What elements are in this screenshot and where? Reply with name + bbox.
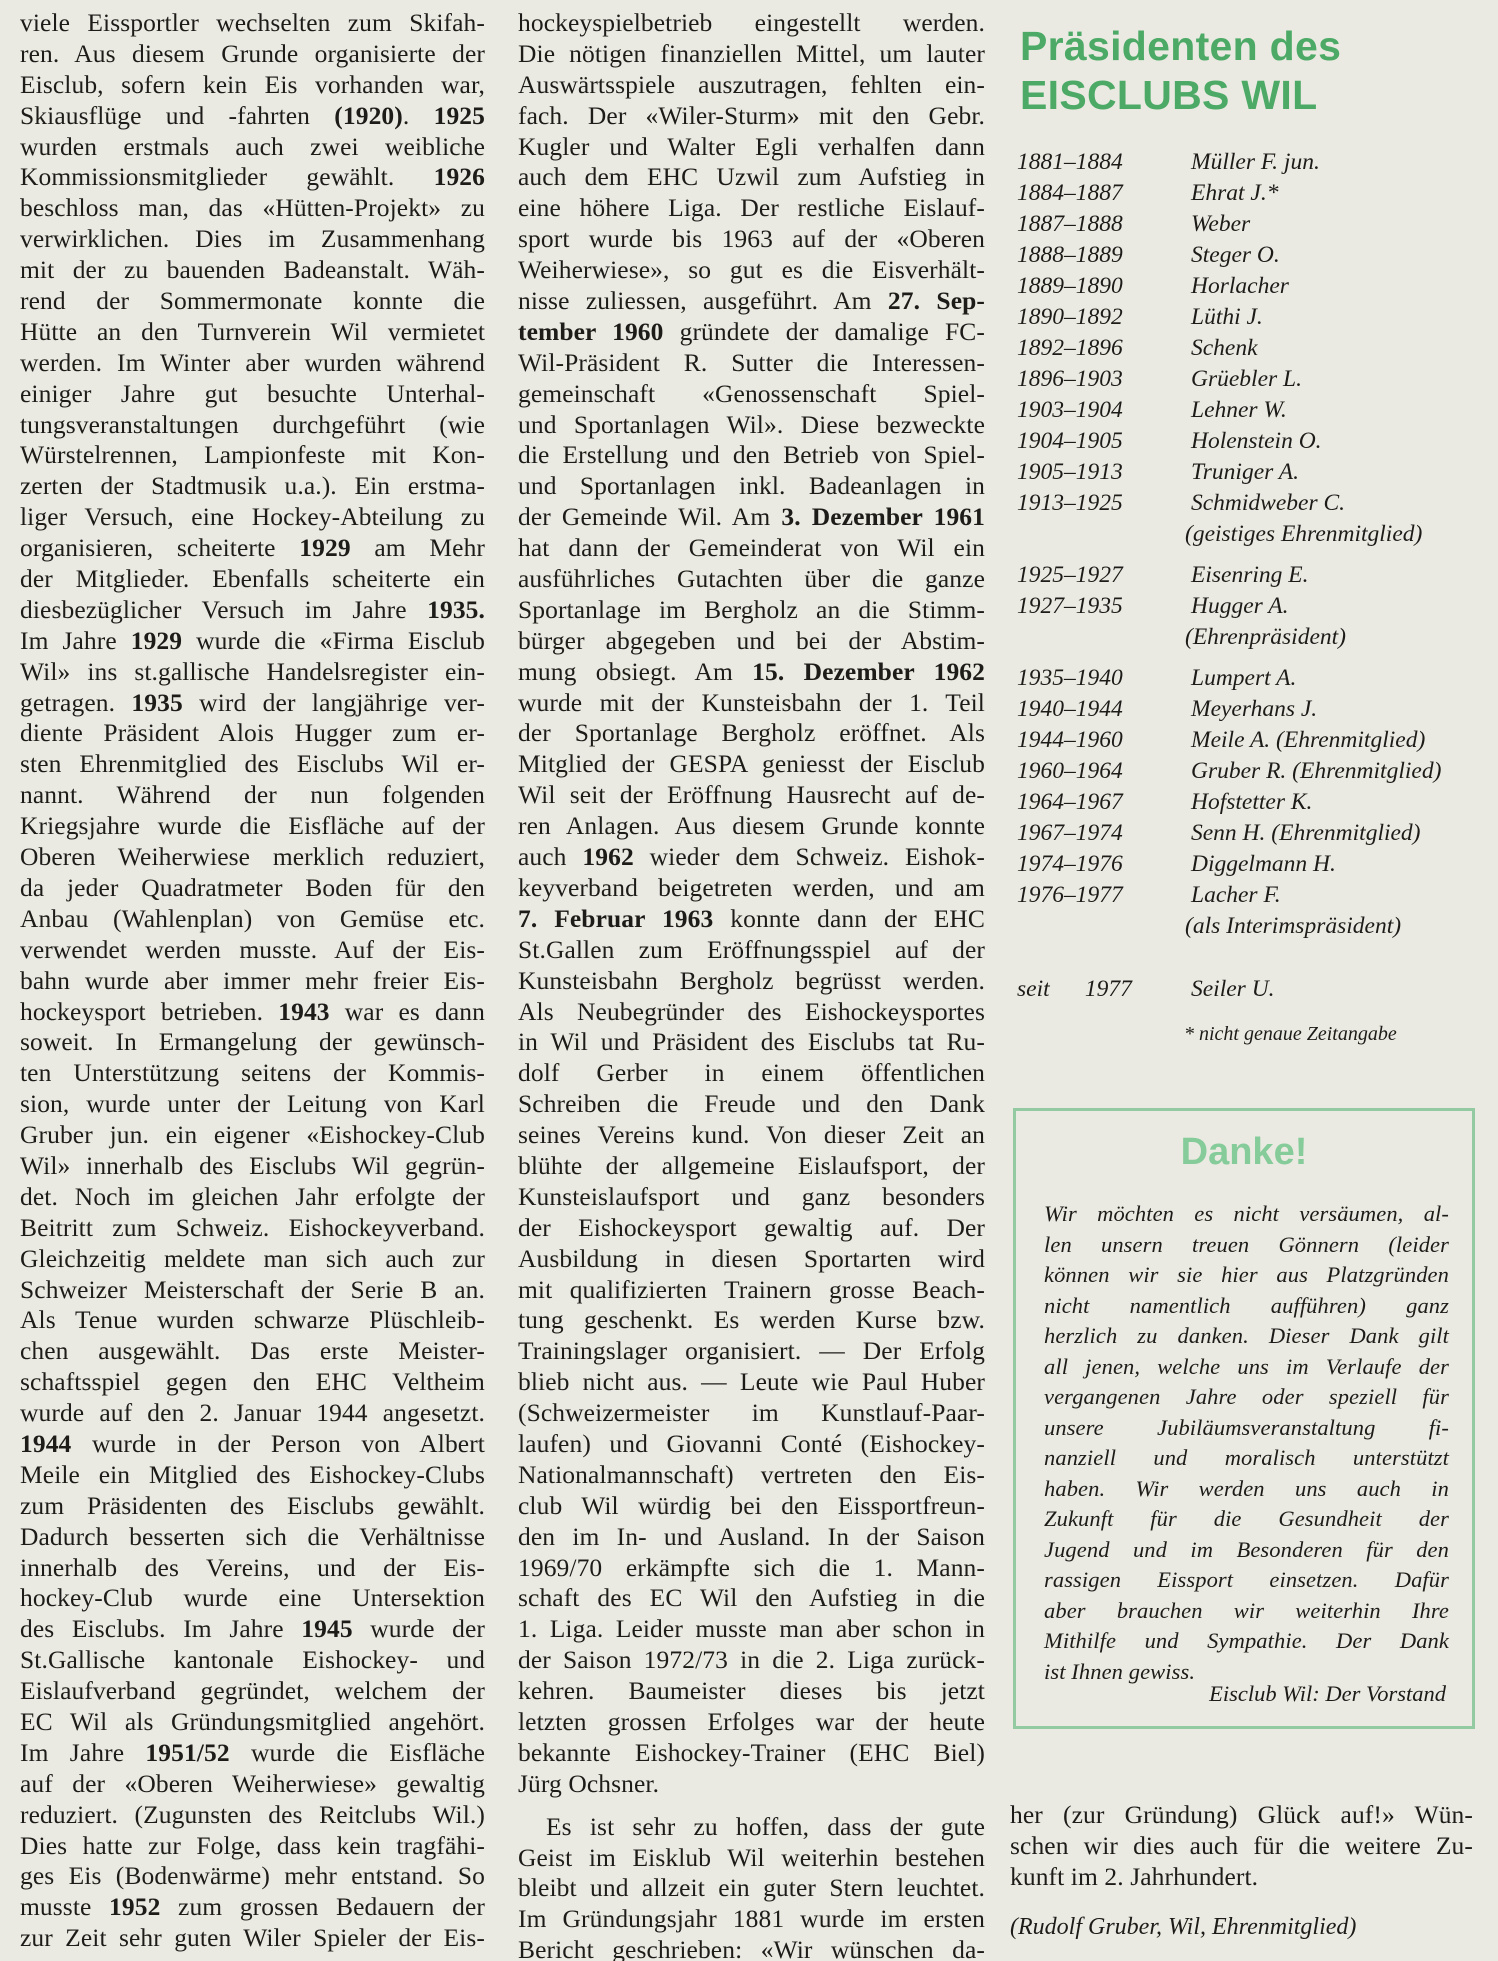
text-line: hockey-Club wurde eine Untersektion	[20, 1583, 485, 1614]
text-line: hat dann der Gemeinderat von Wil ein	[518, 533, 985, 564]
text-line: Die nötigen finanziellen Mittel, um laut…	[518, 39, 985, 70]
text-line: kehren. Baumeister dieses bis jetzt	[518, 1676, 985, 1707]
text-line: nannt. Während der nun folgenden	[20, 780, 485, 811]
text-line: der Eishockeysport gewaltig auf. Der	[518, 1213, 985, 1244]
president-years: 1927–1935	[1017, 591, 1123, 622]
text-line: zum Präsidenten des Eisclubs gewählt.	[20, 1491, 485, 1522]
danke-line: vergangenen Jahre oder speziell für	[1044, 1382, 1449, 1413]
presidents-heading-line2: EISCLUBS WIL	[1020, 71, 1341, 120]
text-line: Weiherwiese», so gut es die Eisverhält-	[518, 255, 985, 286]
text-line: Im Jahre 1929 wurde die «Firma Eisclub	[20, 626, 485, 657]
text-line: Gruber jun. ein eigener «Eishockey-Club	[20, 1120, 485, 1151]
president-note: (als Interimspräsident)	[1185, 911, 1401, 942]
text-line: soweit. In Ermangelung der gewünsch-	[20, 1027, 485, 1058]
president-name: Lumpert A.	[1191, 663, 1296, 694]
text-line: organisieren, scheiterte 1929 am Mehr	[20, 533, 485, 564]
text-line: laufen) und Giovanni Conté (Eishockey-	[518, 1429, 985, 1460]
president-name: Holenstein O.	[1191, 426, 1322, 457]
president-row: 1903–1904Lehner W.	[1017, 395, 1487, 426]
text-line: tember 1960 gründete der damalige FC-	[518, 317, 985, 348]
text-line: 1969/70 erkämpfte sich die 1. Mann-	[518, 1553, 985, 1584]
president-years: 1884–1887	[1017, 178, 1123, 209]
text-line: schaftsspiel gegen den EHC Veltheim	[20, 1367, 485, 1398]
text-line: mit qualifizierten Trainern grosse Beach…	[518, 1275, 985, 1306]
text-line: rend der Sommermonate konnte die	[20, 286, 485, 317]
danke-line: rassigen Eissport einsetzen. Dafür	[1044, 1565, 1449, 1596]
text-line: Kommissionsmitglieder gewählt. 1926	[20, 162, 485, 193]
text-line: Meile ein Mitglied des Eishockey-Clubs	[20, 1460, 485, 1491]
text-line: Wil» innerhalb des Eisclubs Wil gegrün-	[20, 1151, 485, 1182]
text-line: wurden erstmals auch zwei weibliche	[20, 132, 485, 163]
president-name: Müller F. jun.	[1191, 147, 1320, 178]
text-line: gemeinschaft «Genossenschaft Spiel-	[518, 379, 985, 410]
text-line: der Sportanlage Bergholz eröffnet. Als	[518, 718, 985, 749]
president-years: 1964–1967	[1017, 787, 1123, 818]
text-line: (Schweizermeister im Kunstlauf-Paar-	[518, 1398, 985, 1429]
president-row: 1896–1903Grüebler L.	[1017, 364, 1487, 395]
president-name: Steger O.	[1191, 240, 1280, 271]
text-line: 1. Liga. Leider musste man aber schon in	[518, 1614, 985, 1645]
president-note: (Ehrenpräsident)	[1185, 622, 1346, 653]
text-line: Gleichzeitig meldete man sich auch zur	[20, 1244, 485, 1275]
text-line: werden. Im Winter aber wurden während	[20, 348, 485, 379]
president-name: Lehner W.	[1191, 395, 1287, 426]
text-line: verwirklichen. Dies im Zusammenhang	[20, 224, 485, 255]
text-line: bleibt und allzeit ein guter Stern leuch…	[518, 1873, 985, 1904]
text-line: St.Gallische kantonale Eishockey- und	[20, 1645, 485, 1676]
text-line: Anbau (Wahlenplan) von Gemüse etc.	[20, 904, 485, 935]
president-name: Lüthi J.	[1191, 302, 1263, 333]
president-years: 1967–1974	[1017, 818, 1123, 849]
president-name: Gruber R. (Ehrenmitglied)	[1191, 756, 1441, 787]
presidents-footnote: * nicht genaue Zeitangabe	[1184, 1023, 1397, 1046]
text-line: den im In- und Ausland. In der Saison	[518, 1522, 985, 1553]
text-line: wurde mit der Kunsteisbahn der 1. Teil	[518, 688, 985, 719]
text-line: Sportanlage im Bergholz an die Stimm-	[518, 595, 985, 626]
president-years: 1896–1903	[1017, 364, 1123, 395]
president-name: Hofstetter K.	[1191, 787, 1312, 818]
president-name: Seiler U.	[1191, 974, 1275, 1005]
president-years: 1960–1964	[1017, 756, 1123, 787]
presidents-heading-line1: Präsidenten des	[1020, 22, 1341, 71]
text-line: diesbezüglicher Versuch im Jahre 1935.	[20, 595, 485, 626]
president-years: 1974–1976	[1017, 849, 1123, 880]
text-line: ausführliches Gutachten über die ganze	[518, 564, 985, 595]
text-line: zur Zeit sehr guten Wiler Spieler der Ei…	[20, 1923, 485, 1954]
text-line: in Wil und Präsident des Eisclubs tat Ru…	[518, 1027, 985, 1058]
danke-line: nicht namentlich aufführen) ganz	[1044, 1291, 1449, 1322]
text-line: Oberen Weiherwiese merklich reduziert,	[20, 842, 485, 873]
president-years: 1889–1890	[1017, 271, 1123, 302]
text-line: chen ausgewählt. Das erste Meister-	[20, 1336, 485, 1367]
text-line: viele Eissportler wechselten zum Skifah-	[20, 8, 485, 39]
danke-box: Danke! Wir möchten es nicht versäumen, a…	[1013, 1108, 1475, 1729]
president-row: 1940–1944Meyerhans J.	[1017, 694, 1487, 725]
text-line: Schreiben die Freude und den Dank	[518, 1089, 985, 1120]
text-line: mit der zu bauenden Badeanstalt. Wäh-	[20, 255, 485, 286]
text-line: wurde auf den 2. Januar 1944 angesetzt.	[20, 1398, 485, 1429]
text-line: die Erstellung und den Betrieb von Spiel…	[518, 440, 985, 471]
text-line: schen wir dies auch für die weitere Zu-	[1010, 1831, 1473, 1862]
president-years: seit 1977	[1017, 974, 1132, 1005]
text-line: St.Gallen zum Eröffnungsspiel auf der	[518, 935, 985, 966]
text-line: auch dem EHC Uzwil zum Aufstieg in	[518, 162, 985, 193]
danke-signature: Eisclub Wil: Der Vorstand	[1209, 1681, 1446, 1707]
text-line: liger Versuch, eine Hockey-Abteilung zu	[20, 502, 485, 533]
text-line: Auswärtsspiele auszutragen, fehlten ein-	[518, 70, 985, 101]
text-line: der Gemeinde Wil. Am 3. Dezember 1961	[518, 502, 985, 533]
text-line: Es ist sehr zu hoffen, dass der gute	[518, 1812, 985, 1843]
president-row: 1889–1890Horlacher	[1017, 271, 1487, 302]
text-line: auch 1962 wieder dem Schweiz. Eishok-	[518, 842, 985, 873]
danke-line: nanziell und moralisch unterstützt	[1044, 1443, 1449, 1474]
danke-line: Wir möchten es nicht versäumen, al-	[1044, 1199, 1449, 1230]
president-row: 1974–1976Diggelmann H.	[1017, 849, 1487, 880]
president-row: 1892–1896Schenk	[1017, 333, 1487, 364]
president-row: 1913–1925Schmidweber C.	[1017, 488, 1487, 519]
text-line: Ausbildung in diesen Sportarten wird	[518, 1244, 985, 1275]
text-line: innerhalb des Vereins, und der Eis-	[20, 1553, 485, 1584]
president-name: Meyerhans J.	[1191, 694, 1317, 725]
text-line: bekannte Eishockey-Trainer (EHC Biel)	[518, 1738, 985, 1769]
row-spacer	[1017, 942, 1487, 952]
president-name: Schenk	[1191, 333, 1258, 364]
president-row: seit 1977Seiler U.	[1017, 974, 1487, 1005]
text-line: Hütte an den Turnverein Wil vermietet	[20, 317, 485, 348]
text-line: 1944 wurde in der Person von Albert	[20, 1429, 485, 1460]
president-row: 1935–1940Lumpert A.	[1017, 663, 1487, 694]
text-line: getragen. 1935 wird der langjährige ver-	[20, 688, 485, 719]
text-line: Kriegsjahre wurde die Eisfläche auf der	[20, 811, 485, 842]
text-line: zerten der Stadtmusik u.a.). Ein erstma-	[20, 471, 485, 502]
danke-line: Zukunft für die Gesundheit der	[1044, 1504, 1449, 1535]
president-row: 1890–1892Lüthi J.	[1017, 302, 1487, 333]
text-line: Wil-Präsident R. Sutter die Interessen-	[518, 348, 985, 379]
text-line: Würstelrennen, Lampionfeste mit Kon-	[20, 440, 485, 471]
president-years: 1887–1888	[1017, 209, 1123, 240]
text-line: eine höhere Liga. Der restliche Eislauf-	[518, 193, 985, 224]
president-name: Horlacher	[1191, 271, 1289, 302]
president-name: Grüebler L.	[1191, 364, 1302, 395]
text-line: Im Gründungsjahr 1881 wurde im ersten	[518, 1904, 985, 1935]
text-line: fach. Der «Wiler-Sturm» mit den Gebr.	[518, 101, 985, 132]
text-line: seines Vereins kund. Von dieser Zeit an	[518, 1120, 985, 1151]
text-line: der Mitglieder. Ebenfalls scheiterte ein	[20, 564, 485, 595]
text-line: sport wurde bis 1963 auf der «Oberen	[518, 224, 985, 255]
text-line: letzten grossen Erfolges war der heute	[518, 1707, 985, 1738]
president-years: 1888–1889	[1017, 240, 1123, 271]
president-years: 1890–1892	[1017, 302, 1123, 333]
text-line: Nationalmannschaft) vertreten den Eis-	[518, 1460, 985, 1491]
president-row: 1976–1977Lacher F.	[1017, 880, 1487, 911]
text-line: ren. Aus diesem Grunde organisierte der	[20, 39, 485, 70]
danke-text: Wir möchten es nicht versäumen, al-len u…	[1044, 1199, 1449, 1687]
row-spacer	[1017, 653, 1487, 663]
text-line: der Saison 1972/73 in die 2. Liga zurück…	[518, 1645, 985, 1676]
president-row: 1905–1913Truniger A.	[1017, 457, 1487, 488]
text-line: schaft des EC Wil den Aufstieg in die	[518, 1583, 985, 1614]
text-line: mung obsiegt. Am 15. Dezember 1962	[518, 657, 985, 688]
president-row: 1927–1935Hugger A.	[1017, 591, 1487, 622]
president-row: 1967–1974Senn H. (Ehrenmitglied)	[1017, 818, 1487, 849]
presidents-list: 1881–1884Müller F. jun.1884–1887Ehrat J.…	[1017, 147, 1487, 1005]
danke-line: Mithilfe und Sympathie. Der Dank	[1044, 1626, 1449, 1657]
president-row: 1887–1888Weber	[1017, 209, 1487, 240]
president-years: 1904–1905	[1017, 426, 1123, 457]
text-line: EC Wil als Gründungsmitglied angehört.	[20, 1707, 485, 1738]
president-years: 1892–1896	[1017, 333, 1123, 364]
president-name: Schmidweber C.	[1191, 488, 1345, 519]
text-line: des Eisclubs. Im Jahre 1945 wurde der	[20, 1614, 485, 1645]
president-years: 1903–1904	[1017, 395, 1123, 426]
president-name: Weber	[1191, 209, 1250, 240]
text-line: hockeysport betrieben. 1943 war es dann	[20, 997, 485, 1028]
president-years: 1944–1960	[1017, 725, 1123, 756]
text-line: da jeder Quadratmeter Boden für den	[20, 873, 485, 904]
text-line: auf der «Oberen Weiherwiese» gewaltig	[20, 1769, 485, 1800]
text-line: einiger Jahre gut besuchte Unterhal-	[20, 379, 485, 410]
text-line: Kunsteisbahn Bergholz begrüsst werden.	[518, 966, 985, 997]
text-line: kunft im 2. Jahrhundert.	[1010, 1862, 1473, 1893]
text-line: bürger abgegeben und bei der Abstim-	[518, 626, 985, 657]
text-line: Als Neubegründer des Eishockeysportes	[518, 997, 985, 1028]
text-line: Dadurch besserten sich die Verhältnisse	[20, 1522, 485, 1553]
president-name: Diggelmann H.	[1191, 849, 1336, 880]
danke-line: herzlich zu danken. Dieser Dank gilt	[1044, 1321, 1449, 1352]
president-row: 1925–1927Eisenring E.	[1017, 560, 1487, 591]
text-line: sten Ehrenmitglied des Eisclubs Wil er-	[20, 749, 485, 780]
text-line: Kugler und Walter Egli verhalfen dann	[518, 132, 985, 163]
text-line: hockeyspielbetrieb eingestellt werden.	[518, 8, 985, 39]
danke-line: all jenen, welche uns im Verlaufe der	[1044, 1352, 1449, 1383]
text-line: Wil» ins st.gallische Handelsregister ei…	[20, 657, 485, 688]
text-line: Als Tenue wurden schwarze Plüschleib-	[20, 1305, 485, 1336]
text-line: dolf Gerber in einem öffentlichen	[518, 1058, 985, 1089]
text-line: beschloss man, das «Hütten-Projekt» zu	[20, 193, 485, 224]
text-line: Jürg Ochsner.	[518, 1769, 985, 1800]
text-line: Im Jahre 1951/52 wurde die Eisfläche	[20, 1738, 485, 1769]
row-spacer	[1017, 952, 1487, 974]
danke-line: Jugend und im Besonderen für den	[1044, 1535, 1449, 1566]
president-row: 1881–1884Müller F. jun.	[1017, 147, 1487, 178]
president-note: (geistiges Ehrenmitglied)	[1185, 519, 1422, 550]
president-years: 1976–1977	[1017, 880, 1123, 911]
text-line: Skiausflüge und -fahrten (1920). 1925	[20, 101, 485, 132]
text-line: her (zur Gründung) Glück auf!» Wün-	[1010, 1800, 1473, 1831]
text-line: Beitritt zum Schweiz. Eishockeyverband.	[20, 1213, 485, 1244]
president-row: 1944–1960Meile A. (Ehrenmitglied)	[1017, 725, 1487, 756]
president-row: 1960–1964Gruber R. (Ehrenmitglied)	[1017, 756, 1487, 787]
article-column-middle: hockeyspielbetrieb eingestellt werden.Di…	[518, 8, 985, 1961]
text-line: sion, wurde unter der Leitung von Karl	[20, 1089, 485, 1120]
article-author: (Rudolf Gruber, Wil, Ehrenmitglied)	[1010, 1914, 1356, 1941]
president-name: Eisenring E.	[1191, 560, 1309, 591]
danke-line: aber brauchen wir weiterhin Ihre	[1044, 1596, 1449, 1627]
text-line: ten Unterstützung seitens der Kommis-	[20, 1058, 485, 1089]
text-line: Trainingslager organisiert. — Der Erfolg	[518, 1336, 985, 1367]
president-years: 1881–1884	[1017, 147, 1123, 178]
text-line: nisse zuliessen, ausgeführt. Am 27. Sep-	[518, 286, 985, 317]
president-years: 1913–1925	[1017, 488, 1123, 519]
danke-line: len unsern treuen Gönnern (leider	[1044, 1230, 1449, 1261]
text-line: tung geschenkt. Es werden Kurse bzw.	[518, 1305, 985, 1336]
article-column-right-end: her (zur Gründung) Glück auf!» Wün-schen…	[1010, 1800, 1473, 1893]
text-line: Bericht geschrieben: «Wir wünschen da-	[518, 1935, 985, 1961]
text-line: keyverband beigetreten werden, und am	[518, 873, 985, 904]
text-line: Mitglied der GESPA geniesst der Eisclub	[518, 749, 985, 780]
president-note-row: (als Interimspräsident)	[1017, 911, 1487, 942]
president-row: 1904–1905Holenstein O.	[1017, 426, 1487, 457]
danke-title: Danke!	[1016, 1131, 1472, 1174]
danke-line: haben. Wir werden uns auch in	[1044, 1474, 1449, 1505]
text-line: det. Noch im gleichen Jahr erfolgte der	[20, 1182, 485, 1213]
text-line: Kunsteislaufsport und ganz besonders	[518, 1182, 985, 1213]
president-name: Senn H. (Ehrenmitglied)	[1191, 818, 1421, 849]
text-line: ges Eis (Bodenwärme) mehr entstand. So	[20, 1861, 485, 1892]
text-line: tungsveranstaltungen durchgeführt (wie	[20, 410, 485, 441]
president-name: Hugger A.	[1191, 591, 1288, 622]
text-line: Eislaufverband gegründet, welchem der	[20, 1676, 485, 1707]
text-line: blieb nicht aus. — Leute wie Paul Huber	[518, 1367, 985, 1398]
president-row: 1964–1967Hofstetter K.	[1017, 787, 1487, 818]
text-line: musste 1952 zum grossen Bedauern der	[20, 1892, 485, 1923]
president-row: 1888–1889Steger O.	[1017, 240, 1487, 271]
danke-line: unsere Jubiläumsveranstaltung fi-	[1044, 1413, 1449, 1444]
text-line: club Wil würdig bei den Eissportfreun-	[518, 1491, 985, 1522]
paragraph-gap	[518, 1800, 985, 1812]
president-years: 1925–1927	[1017, 560, 1123, 591]
row-spacer	[1017, 550, 1487, 560]
president-note-row: (geistiges Ehrenmitglied)	[1017, 519, 1487, 550]
text-line: ren Anlagen. Aus diesem Grunde konnte	[518, 811, 985, 842]
text-line: blühte der allgemeine Eislaufsport, der	[518, 1151, 985, 1182]
text-line: Wil seit der Eröffnung Hausrecht auf de-	[518, 780, 985, 811]
president-name: Lacher F.	[1191, 880, 1281, 911]
text-line: diente Präsident Alois Hugger zum er-	[20, 718, 485, 749]
text-line: Schweizer Meisterschaft der Serie B an.	[20, 1275, 485, 1306]
president-row: 1884–1887Ehrat J.*	[1017, 178, 1487, 209]
text-line: reduziert. (Zugunsten des Reitclubs Wil.…	[20, 1800, 485, 1831]
president-name: Ehrat J.*	[1191, 178, 1278, 209]
text-line: und Sportanlagen inkl. Badeanlagen in	[518, 471, 985, 502]
president-note-row: (Ehrenpräsident)	[1017, 622, 1487, 653]
president-name: Truniger A.	[1191, 457, 1299, 488]
danke-line: können wir sie hier aus Platzgründen	[1044, 1260, 1449, 1291]
text-line: verwendet werden musste. Auf der Eis-	[20, 935, 485, 966]
text-line: und Sportanlagen Wil». Diese bezweckte	[518, 410, 985, 441]
president-name: Meile A. (Ehrenmitglied)	[1191, 725, 1425, 756]
president-years: 1905–1913	[1017, 457, 1123, 488]
text-line: Dies hatte zur Folge, dass kein tragfähi…	[20, 1831, 485, 1862]
article-column-left: viele Eissportler wechselten zum Skifah-…	[20, 8, 485, 1954]
text-line: Geist im Eisklub Wil weiterhin bestehen	[518, 1843, 985, 1874]
president-years: 1940–1944	[1017, 694, 1123, 725]
president-years: 1935–1940	[1017, 663, 1123, 694]
text-line: bahn wurde aber immer mehr freier Eis-	[20, 966, 485, 997]
text-line: Eisclub, sofern kein Eis vorhanden war,	[20, 70, 485, 101]
presidents-heading: Präsidenten des EISCLUBS WIL	[1020, 22, 1341, 120]
text-line: 7. Februar 1963 konnte dann der EHC	[518, 904, 985, 935]
